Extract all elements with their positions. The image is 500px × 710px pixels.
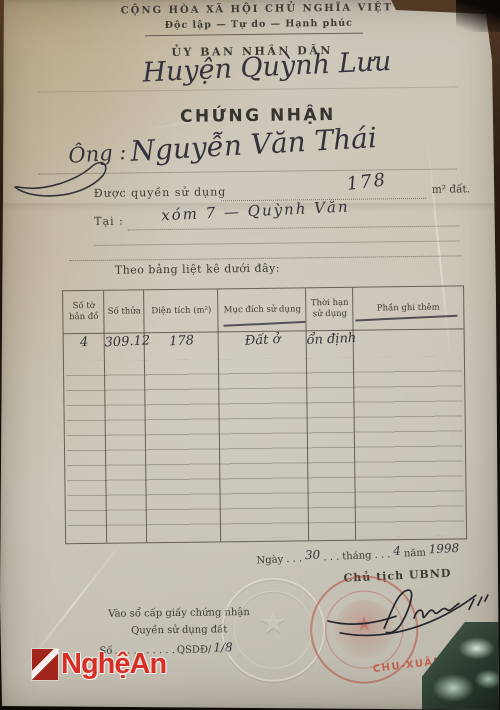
date-month-handwritten: 4 xyxy=(393,544,401,558)
paper-sheet: CỘNG HÒA XÃ HỘI CHỦ NGHĨA VIỆT NAM Độc l… xyxy=(0,0,500,710)
dotted-line xyxy=(38,85,458,92)
column-header: Số tờ bản đồ xyxy=(63,291,105,333)
motto-underline xyxy=(145,33,363,37)
recipient-name-handwritten: Nguyễn Văn Thái xyxy=(130,121,378,168)
grant-label: Được quyền sử dụng xyxy=(94,185,227,200)
table-row: 4 309.12 178 Đất ở ổn định xyxy=(64,328,464,357)
date-day-handwritten: 30 xyxy=(305,547,321,562)
date-year-handwritten: 1998 xyxy=(428,541,459,556)
grant-unit: m² đất. xyxy=(432,183,470,195)
column-header: Thời hạn sử dụng xyxy=(306,288,354,331)
star-icon: ★ xyxy=(223,605,323,641)
cell-parcel-number: 309.12 xyxy=(104,332,145,358)
location-value-handwritten: xóm 7 — Quỳnh Văn xyxy=(161,197,350,224)
column-header: Số thửa xyxy=(104,290,145,332)
date-line: Ngày . . . 30 . . . tháng . . . 4 năm 19… xyxy=(256,543,460,567)
document-content: CỘNG HÒA XÃ HỘI CHỦ NGHĨA VIỆT NAM Độc l… xyxy=(0,0,500,710)
date-prefix: Ngày xyxy=(256,554,283,566)
column-header: Phần ghi thêm xyxy=(353,286,464,329)
date-word-month: tháng xyxy=(342,550,372,562)
registry-code: QSDĐ/ xyxy=(177,644,212,655)
date-dots: . . . xyxy=(286,553,302,565)
cell-duration: ổn định xyxy=(306,329,354,355)
table-intro: Theo bảng liệt kê dưới đây: xyxy=(115,262,280,277)
cell-map-sheet: 4 xyxy=(63,332,105,358)
background-corner xyxy=(456,0,500,32)
nghean-watermark: NghệAn xyxy=(32,648,166,681)
land-parcel-table: Số tờ bản đồ Số thửa Diện tích (m²) Mục … xyxy=(62,285,467,544)
date-word-year: năm xyxy=(404,548,426,560)
area-value-handwritten: 178 xyxy=(346,169,389,195)
date-dots: . . . xyxy=(323,552,339,564)
table-header-row: Số tờ bản đồ Số thửa Diện tích (m²) Mục … xyxy=(63,286,463,334)
column-header: Diện tích (m²) xyxy=(144,289,219,332)
dotted-line xyxy=(127,224,459,230)
date-dots: . . . xyxy=(374,549,390,561)
national-title: CỘNG HÒA XÃ HỘI CHỦ NGHĨA VIỆT NAM xyxy=(107,2,447,17)
newspaper-logo-icon xyxy=(32,649,58,680)
cell-notes xyxy=(353,326,464,355)
document-photo: CỘNG HÒA XÃ HỘI CHỦ NGHĨA VIỆT NAM Độc l… xyxy=(0,0,500,710)
national-motto: Độc lập — Tự do — Hạnh phúc xyxy=(89,17,429,32)
dotted-line xyxy=(70,254,462,261)
cell-area: 178 xyxy=(144,330,219,357)
table-fill-lines xyxy=(66,356,464,540)
location-label: Tại : xyxy=(94,215,124,228)
watermark-brand: NghệAn xyxy=(61,648,166,681)
cell-land-use: Đất ở xyxy=(218,329,307,357)
dotted-line xyxy=(94,239,459,245)
